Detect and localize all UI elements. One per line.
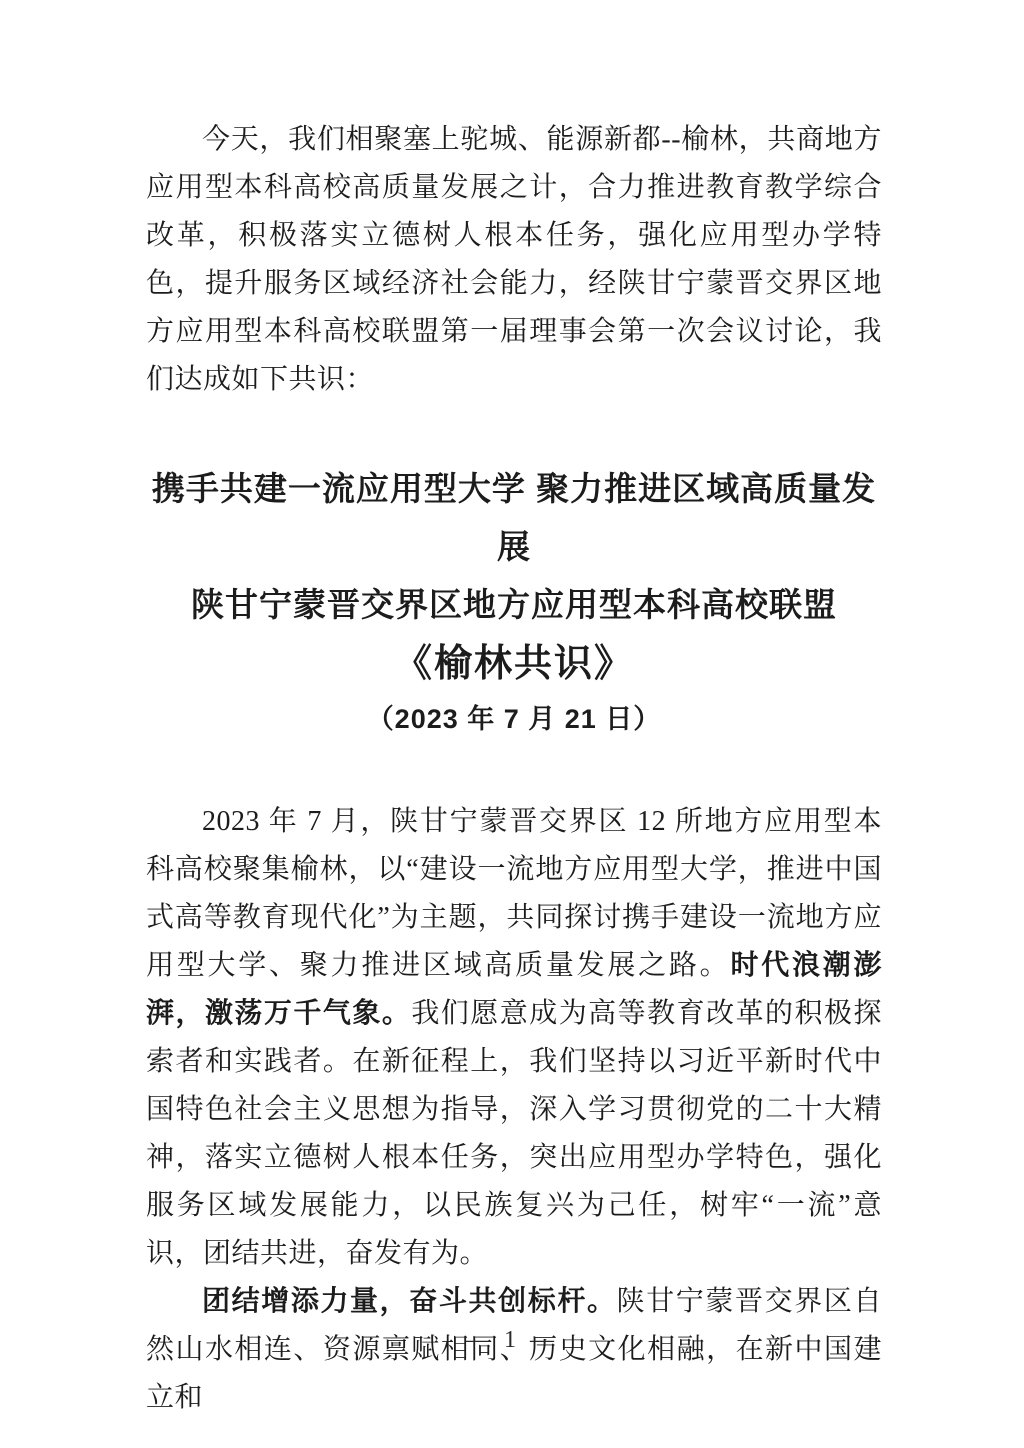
closing-paragraph-emphasis: 团结增添力量，奋斗共创标杆。	[202, 1286, 617, 1317]
heading-block: 携手共建一流应用型大学 聚力推进区域高质量发展 陕甘宁蒙晋交界区地方应用型本科高…	[146, 460, 882, 744]
heading-line-2: 陕甘宁蒙晋交界区地方应用型本科高校联盟	[146, 576, 882, 634]
document-content: 今天，我们相聚塞上驼城、能源新都--榆林，共商地方应用型本科高校高质量发展之计，…	[146, 0, 882, 1422]
page-number: — 1 —	[0, 1322, 1024, 1358]
document-page: 今天，我们相聚塞上驼城、能源新都--榆林，共商地方应用型本科高校高质量发展之计，…	[0, 0, 1024, 1448]
date-line: （2023 年 7 月 21 日）	[146, 694, 882, 744]
heading-line-1: 携手共建一流应用型大学 聚力推进区域高质量发展	[146, 460, 882, 576]
main-paragraph: 2023 年 7 月，陕甘宁蒙晋交界区 12 所地方应用型本科高校聚集榆林，以“…	[146, 798, 882, 1278]
main-paragraph-rest: 我们愿意成为高等教育改革的积极探索者和实践者。在新征程上，我们坚持以习近平新时代…	[146, 998, 882, 1269]
document-title: 《榆林共识》	[146, 634, 882, 694]
opening-paragraph: 今天，我们相聚塞上驼城、能源新都--榆林，共商地方应用型本科高校高质量发展之计，…	[146, 116, 882, 404]
